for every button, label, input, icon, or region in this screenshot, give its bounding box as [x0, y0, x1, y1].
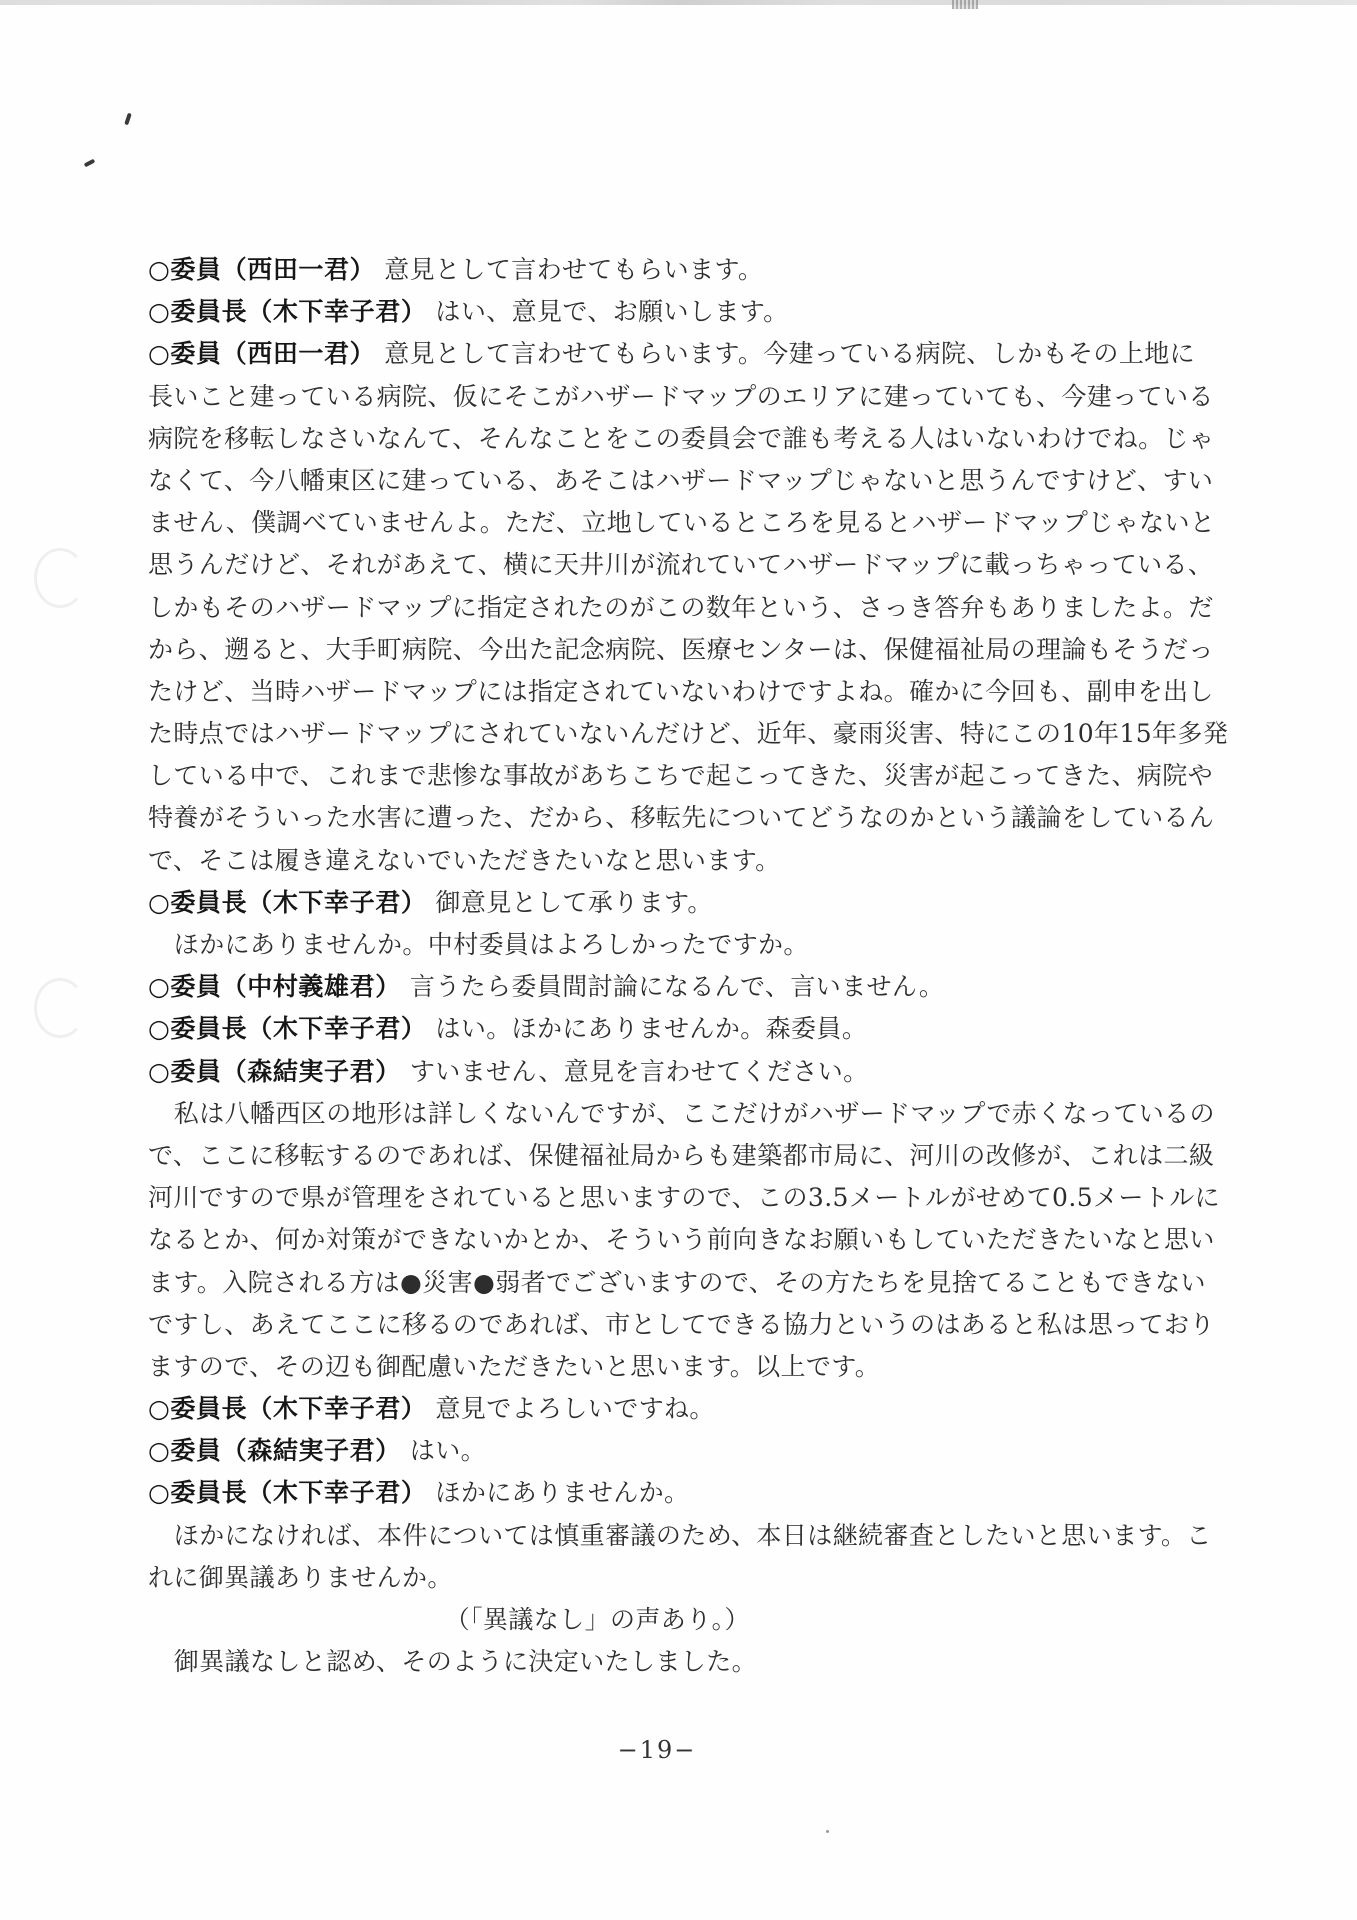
text-line: しかもそのハザードマップに指定されたのがこの数年という、さっき答弁もありましたよ…: [148, 587, 1248, 629]
text-line: ○委員長（木下幸子君）はい、意見で、お願いします。: [148, 291, 1248, 333]
speaker-name: ○委員（森結実子君）: [148, 1057, 401, 1086]
text-line: なるとか、何か対策ができないかとか、そういう前向きなお願いもしていただきたいなと…: [148, 1219, 1248, 1261]
text-line: で、そこは履き違えないでいただきたいなと思います。: [148, 840, 1248, 882]
text-line: （「異議なし」の声あり。）: [148, 1599, 1248, 1641]
scan-artifact-top-band: [0, 0, 1357, 5]
text-line: たけど、当時ハザードマップには指定されていないわけですよね。確かに今回も、副申を…: [148, 671, 1248, 713]
speaker-name: ○委員（森結実子君）: [148, 1436, 401, 1465]
speech-text: はい。ほかにありませんか。森委員。: [435, 1014, 867, 1043]
hole-punch-ghost: [34, 548, 86, 608]
document-lines: ○委員（西田一君）意見として言わせてもらいます。○委員長（木下幸子君）はい、意見…: [148, 249, 1248, 1683]
page-number: −19−: [592, 1736, 722, 1764]
text-line: ほかにありませんか。中村委員はよろしかったですか。: [148, 924, 1248, 966]
text-line: ません、僕調べていませんよ。ただ、立地しているところを見るとハザードマップじゃな…: [148, 502, 1248, 544]
text-line: している中で、これまで悲惨な事故があちこちで起こってきた、災害が起こってきた、病…: [148, 755, 1248, 797]
text-line: た時点ではハザードマップにされていないんだけど、近年、豪雨災害、特にこの10年1…: [148, 713, 1248, 755]
speech-text: はい、意見で、お願いします。: [435, 297, 788, 326]
text-line: から、遡ると、大手町病院、今出た記念病院、医療センターは、保健福祉局の理論もそう…: [148, 629, 1248, 671]
speech-text: 意見でよろしいですね。: [435, 1394, 714, 1423]
speaker-name: ○委員長（木下幸子君）: [148, 297, 426, 326]
text-line: れに御異議ありませんか。: [148, 1557, 1248, 1599]
text-line: ですし、あえてここに移るのであれば、市としてできる協力というのはあると私は思って…: [148, 1304, 1248, 1346]
speaker-name: ○委員長（木下幸子君）: [148, 888, 426, 917]
text-line: 私は八幡西区の地形は詳しくないんですが、ここだけがハザードマップで赤くなっている…: [148, 1093, 1248, 1135]
speaker-name: ○委員（中村義雄君）: [148, 972, 401, 1001]
speaker-name: ○委員長（木下幸子君）: [148, 1014, 426, 1043]
speech-text: 意見として言わせてもらいます。: [384, 255, 763, 284]
text-line: 長いこと建っている病院、仮にそこがハザードマップのエリアに建っていても、今建って…: [148, 376, 1248, 418]
scan-artifact-top-patch: [952, 0, 978, 9]
speech-text: すいません、意見を言わせてください。: [410, 1057, 869, 1086]
speech-text: 言うたら委員間討論になるんで、言いません。: [410, 972, 944, 1001]
text-line: ます。入院される方は●災害●弱者でございますので、その方たちを見捨てることもでき…: [148, 1262, 1248, 1304]
text-line: 思うんだけど、それがあえて、横に天井川が流れていてハザードマップに載っちゃってい…: [148, 544, 1248, 586]
text-line: なくて、今八幡東区に建っている、あそこはハザードマップじゃないと思うんですけど、…: [148, 460, 1248, 502]
speaker-name: ○委員長（木下幸子君）: [148, 1394, 426, 1423]
text-line: ○委員長（木下幸子君）御意見として承ります。: [148, 882, 1248, 924]
text-line: 特養がそういった水害に遭った、だから、移転先についてどうなのかという議論をしてい…: [148, 797, 1248, 839]
text-line: ますので、その辺も御配慮いただきたいと思います。以上です。: [148, 1346, 1248, 1388]
document-page: ○委員（西田一君）意見として言わせてもらいます。○委員長（木下幸子君）はい、意見…: [0, 0, 1357, 1920]
speech-text: はい。: [410, 1436, 486, 1465]
text-line: ○委員長（木下幸子君）ほかにありませんか。: [148, 1472, 1248, 1514]
text-line: ○委員（西田一君）意見として言わせてもらいます。: [148, 249, 1248, 291]
speech-text: ほかにありませんか。: [435, 1478, 689, 1507]
text-line: ほかになければ、本件については慎重審議のため、本日は継続審査としたいと思います。…: [148, 1515, 1248, 1557]
text-line: で、ここに移転するのであれば、保健福祉局からも建築都市局に、河川の改修が、これは…: [148, 1135, 1248, 1177]
scan-speck: [84, 159, 96, 168]
text-line: ○委員長（木下幸子君）意見でよろしいですね。: [148, 1388, 1248, 1430]
speaker-name: ○委員長（木下幸子君）: [148, 1478, 426, 1507]
text-line: 河川ですので県が管理をされていると思いますので、この3.5メートルがせめて0.5…: [148, 1177, 1248, 1219]
text-line: ○委員（森結実子君）はい。: [148, 1430, 1248, 1472]
speech-text: 御意見として承ります。: [435, 888, 712, 917]
text-line: 病院を移転しなさいなんて、そんなことをこの委員会で誰も考える人はいないわけでね。…: [148, 418, 1248, 460]
speech-text: 意見として言わせてもらいます。今建っている病院、しかもその上地に: [384, 339, 1195, 368]
text-line: ○委員（中村義雄君）言うたら委員間討論になるんで、言いません。: [148, 966, 1248, 1008]
text-line: 御異議なしと認め、そのように決定いたしました。: [148, 1641, 1248, 1683]
hole-punch-ghost: [34, 978, 86, 1038]
speaker-name: ○委員（西田一君）: [148, 255, 375, 284]
text-line: ○委員（西田一君）意見として言わせてもらいます。今建っている病院、しかもその上地…: [148, 333, 1248, 375]
speaker-name: ○委員（西田一君）: [148, 339, 375, 368]
text-line: ○委員（森結実子君）すいません、意見を言わせてください。: [148, 1051, 1248, 1093]
text-line: ○委員長（木下幸子君）はい。ほかにありませんか。森委員。: [148, 1008, 1248, 1050]
scan-speck: [124, 113, 132, 126]
scan-speck: [826, 1830, 829, 1833]
